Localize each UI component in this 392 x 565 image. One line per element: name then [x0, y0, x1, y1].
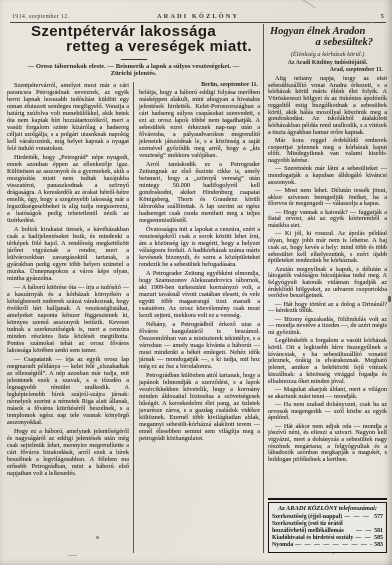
phone-row: Nyomda 583 — [272, 542, 383, 549]
phone-row-number: 577 — [374, 514, 383, 521]
dash-leader — [355, 535, 372, 542]
phone-row: Szerkesztőség (éjjel-nappal) 577 — [272, 514, 383, 521]
side-dateline: Arad, szeptember 11. — [268, 67, 383, 73]
phone-row-label: Szerkesztőség (éjjel-nappal) — [272, 514, 342, 521]
lead-article: Szentpétervár lakossága retteg a vereség… — [7, 24, 260, 553]
lead-column-2-text: belátja, hogy a háború eddigi folyása me… — [139, 89, 260, 442]
paragraph: Azután megnyílnak a kapuk, s délután a l… — [268, 267, 387, 301]
paragraph: — Most nem lehet. Délután tessék jönni, … — [268, 188, 387, 208]
dash-leader — [356, 528, 372, 535]
lead-deck-line1: — Orosz tábornokok eleste. — Beismerik a… — [7, 63, 260, 70]
masthead-title: ARADI KÖZLÖNY — [10, 13, 386, 21]
phone-row: Szerkesztőség (esti tíz órától hozzáférh… — [272, 521, 383, 534]
paragraph: — Hát akkor nem adjuk oda — mondja a jós… — [268, 424, 387, 464]
paragraph: — Bizony égszakadás, földindulás volt az… — [268, 317, 387, 337]
lead-deck-line2: Zürichi jelentés. — [7, 70, 260, 77]
paragraph: Óvatosságra inti a lapokat a cenzúra, ez… — [139, 226, 260, 268]
paragraph: Hirdették, hogy „Petrográd” népe nyugodt… — [7, 154, 129, 224]
paragraph: belátja, hogy a háború eddigi folyása me… — [139, 89, 260, 159]
side-credit-line: Az Aradi Közlöny tudósítójától. — [268, 60, 387, 66]
phone-row-number: 581 — [374, 528, 383, 535]
side-subtitle: (Élénkség a kórházak körül.) — [268, 51, 387, 58]
lead-column-1: Szentpétervárról, amelyet most már a cár… — [7, 82, 129, 553]
masthead-page-number: 5 — [381, 13, 384, 21]
lead-dateline: Berlin, szeptember 11. — [139, 82, 258, 88]
paragraph: Petrográdban különben attól tartanak, ho… — [139, 372, 260, 442]
phone-row-label: Szerkesztőség (esti tíz órától hozzáférh… — [272, 521, 354, 534]
phone-box-title: Az ARADI KÖZLÖNY telefonszámai: — [272, 505, 383, 512]
phone-row-number: 583 — [374, 542, 383, 549]
paragraph: — Magukat akarjuk áldani, mert a világon… — [268, 387, 387, 400]
lead-headline-line2: retteg a vereségek miatt. — [7, 39, 260, 55]
phone-box-top-rule — [268, 498, 387, 500]
lead-column-2: Berlin, szeptember 11. belátja, hogy a h… — [133, 82, 260, 553]
scan-dash-artifact — [68, 555, 77, 556]
paragraph: Legélénkebb a forgalom a vasúti kórházak… — [268, 338, 387, 385]
phone-box: Az ARADI KÖZLÖNY telefonszámai: Szerkesz… — [268, 502, 387, 553]
side-article: Hogyan élnek Aradon a sebesültek? (Élénk… — [263, 24, 387, 553]
paragraph: — Ha nem szabad dohányozni, csak ha az o… — [268, 402, 387, 422]
paragraph: — Ki jól, ki rosszul. Az ápolás például … — [268, 231, 387, 265]
paragraph: — Hogy vannak a katonák? — faggatják a f… — [268, 210, 387, 230]
scan-edge-blot-artifact — [388, 296, 391, 302]
lead-body-columns: Szentpétervárról, amelyet most már a cár… — [7, 82, 260, 553]
side-article-body: Alig néhány napja, hogy az első sebesült… — [268, 76, 387, 495]
page-content: Szentpétervár lakossága retteg a vereség… — [7, 24, 387, 553]
paragraph: Arról tanúskodik ez a Petrograder Zeitun… — [139, 161, 260, 224]
scan-scratch-artifact — [298, 0, 315, 8]
headline-divider-rule — [121, 59, 147, 60]
phone-row-number: 585 — [374, 535, 383, 542]
paragraph: Már kora reggel érdeklődő emberek csopor… — [268, 138, 387, 165]
paragraph: A Petrograder Zeitung egyébként elmondja… — [139, 270, 260, 319]
phone-row-label: Kiadóhivatal és hirdetési osztály — [272, 535, 353, 542]
lead-headline-line1: Szentpétervár lakossága — [7, 24, 260, 39]
phone-row-label: Nyomda — [272, 542, 293, 549]
side-headline-line2: a sebesültek? — [268, 37, 387, 48]
paragraph: Szentpétervárról, amelyet most már a cár… — [7, 82, 129, 152]
paragraph: Néhány, a Petrográdból érkező utas a főv… — [139, 321, 260, 370]
dash-leader — [295, 542, 372, 549]
paragraph: Alig néhány napja, hogy az első sebesült… — [268, 76, 387, 136]
paragraph: — Csapataink — írja az egyik orosz lap m… — [7, 356, 129, 426]
paragraph: A boltok kirakatai üresek, a kávéházakba… — [7, 226, 129, 282]
dash-leader — [344, 514, 372, 521]
paragraph: Hogy ez a háború, amelynek jelentőségérő… — [7, 428, 129, 477]
phone-row: Kiadóhivatal és hirdetési osztály 585 — [272, 535, 383, 542]
masthead: 1914. szeptember 12. ARADI KÖZLÖNY 5 — [10, 13, 386, 23]
paragraph: — Szeretnénk már látni a sebesülteket — … — [268, 166, 387, 186]
side-headline-line1: Hogyan élnek Aradon — [268, 26, 387, 37]
newspaper-page: 1914. szeptember 12. ARADI KÖZLÖNY 5 Sze… — [0, 0, 392, 565]
paragraph: — Hát hogy történt az a dolog a Drinánál… — [268, 302, 387, 315]
paragraph: — A háború kitörése óta — írja a tudósít… — [7, 284, 129, 354]
